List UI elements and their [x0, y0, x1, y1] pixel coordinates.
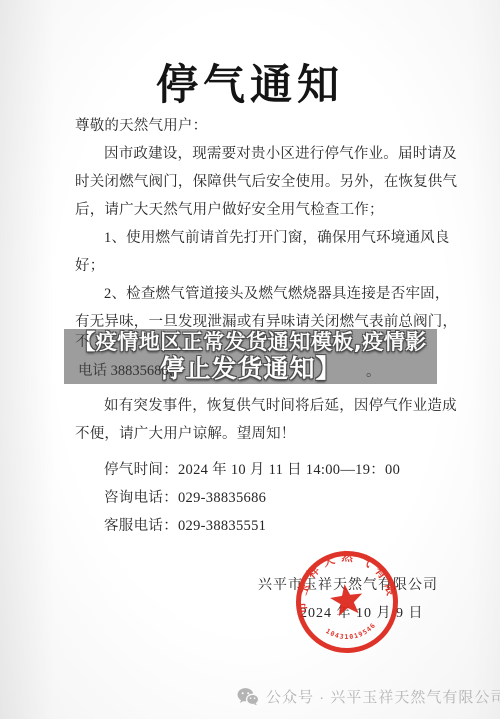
- page-title: 停气通知: [0, 52, 500, 112]
- notice-info-block: 停气时间：2024 年 10 月 11 日 14:00—19：00 咨询电话：0…: [104, 456, 400, 540]
- obscured-text-fragment: 不: [75, 330, 90, 351]
- footer-label: 公众号 · 兴平玉祥天然气有限公司: [266, 686, 500, 707]
- star-icon: [328, 582, 364, 617]
- notice-body: 尊敬的天然气用户： 因市政建设，现需要对贵小区进行停气作业。届时请及 时关闭燃气…: [75, 112, 430, 448]
- footer: 公众号 · 兴平玉祥天然气有限公司: [237, 686, 500, 707]
- info-service-phone: 客服电话：029-38835551: [104, 512, 400, 540]
- info-consult-phone: 咨询电话：029-38835686: [104, 484, 400, 512]
- watermark-text-line1: 【疫情地区正常发货通知模板,疫情影: [74, 330, 426, 355]
- body-line: 尊敬的天然气用户：: [75, 112, 430, 140]
- body-line: 1、使用燃气前请首先打开门窗，确保用气环境通风良: [75, 224, 430, 252]
- notice-document: 停气通知 尊敬的天然气用户： 因市政建设，现需要对贵小区进行停气作业。届时请及 …: [0, 0, 500, 719]
- company-seal: 兴平市玉祥天然气有限公司 6104310195465: [286, 541, 408, 663]
- body-line: 如有突发事件，恢复供气时间将后延，因停气作业造成: [75, 392, 430, 420]
- body-line: 不便，请广大用户谅解。望周知！: [75, 420, 430, 448]
- body-line: 后，请广大天然气用户做好安全用气检查工作；: [75, 196, 430, 224]
- body-line: 好；: [75, 252, 430, 280]
- body-line: 时关闭燃气阀门，保障供气后安全使用。另外，在恢复供气: [75, 168, 430, 196]
- wechat-icon: [237, 687, 259, 706]
- body-line: 因市政建设，现需要对贵小区进行停气作业。届时请及: [75, 140, 430, 168]
- obscured-text-fragment: 电话 38835686，: [78, 359, 183, 380]
- body-line: 2、检查燃气管道接头及燃气燃烧器具连接是否牢固，: [75, 280, 430, 308]
- obscured-text-fragment: 。: [366, 360, 381, 381]
- watermark-text-line2: 停止发货通知】: [159, 355, 341, 383]
- info-stop-time: 停气时间：2024 年 10 月 11 日 14:00—19：00: [104, 456, 400, 484]
